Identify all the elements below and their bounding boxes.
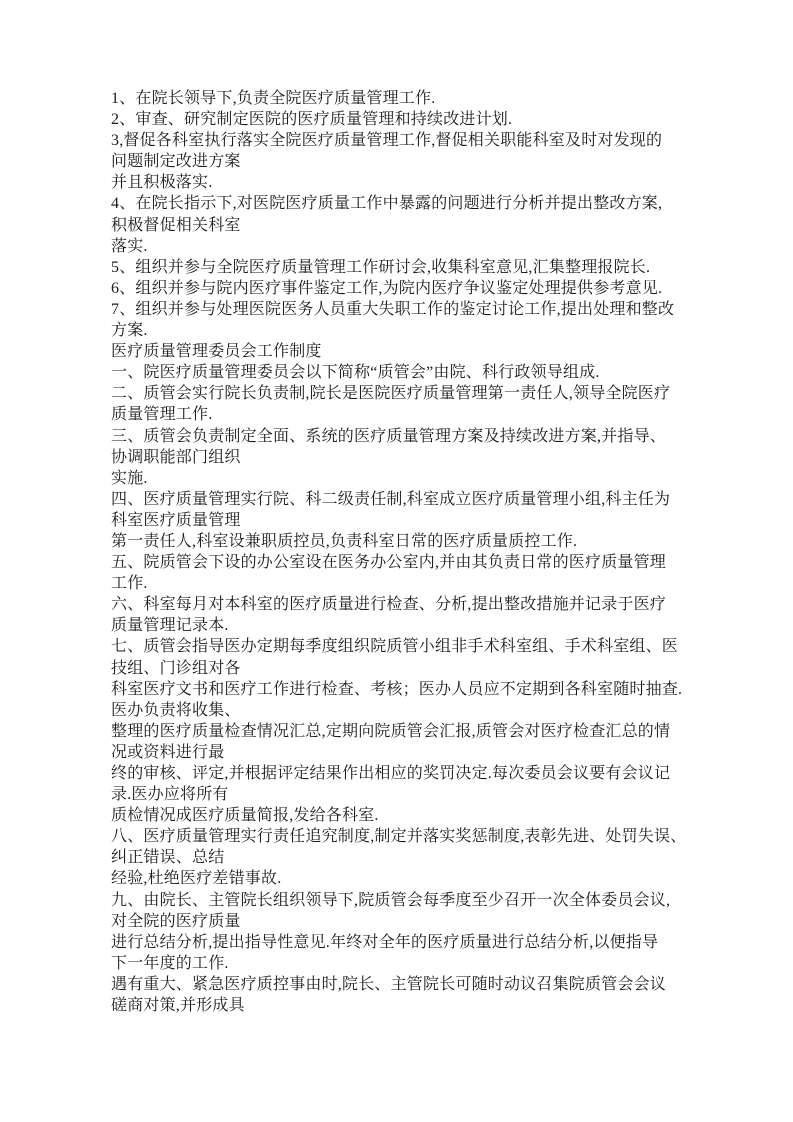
document-line: 四、医疗质量管理实行院、科二级责任制,科室成立医疗质量管理小组,科主任为 (111, 489, 697, 510)
document-line: 医疗质量管理委员会工作制度 (111, 341, 697, 362)
document-line: 八、医疗质量管理实行责任追究制度,制定并落实奖惩制度,表彰先进、处罚失误、 (111, 826, 697, 847)
document-line: 1、在院长领导下,负责全院医疗质量管理工作. (111, 88, 697, 109)
document-line: 况或资料进行最 (111, 742, 697, 763)
document-line: 协调职能部门组织 (111, 447, 697, 468)
document-body: 1、在院长领导下,负责全院医疗质量管理工作.2、审查、研究制定医院的医疗质量管理… (111, 88, 697, 1016)
document-page: 1、在院长领导下,负责全院医疗质量管理工作.2、审查、研究制定医院的医疗质量管理… (0, 0, 793, 1122)
document-line: 五、院质管会下设的办公室设在医务办公室内,并由其负责日常的医疗质量管理 (111, 552, 697, 573)
document-line: 二、质管会实行院长负责制,院长是医院医疗质量管理第一责任人,领导全院医疗 (111, 383, 697, 404)
document-line: 落实. (111, 236, 697, 257)
document-line: 经验,杜绝医疗差错事故. (111, 868, 697, 889)
document-line: 遇有重大、紧急医疗质控事由时,院长、主管院长可随时动议召集院质管会会议 (111, 974, 697, 995)
document-line: 一、院医疗质量管理委员会以下简称“质管会”由院、科行政领导组成. (111, 362, 697, 383)
document-line: 科室医疗质量管理 (111, 510, 697, 531)
document-line: 质检情况成医疗质量简报,发给各科室. (111, 805, 697, 826)
document-line: 三、质管会负责制定全面、系统的医疗质量管理方案及持续改进方案,并指导、 (111, 426, 697, 447)
document-line: 七、质管会指导医办定期每季度组织院质管小组非手术科室组、手术科室组、医 (111, 636, 697, 657)
document-line: 纠正错误、总结 (111, 847, 697, 868)
document-line: 整理的医疗质量检查情况汇总,定期向院质管会汇报,质管会对医疗检查汇总的情 (111, 721, 697, 742)
document-line: 3,督促各科室执行落实全院医疗质量管理工作,督促相关职能科室及时对发现的 (111, 130, 697, 151)
document-line: 实施. (111, 468, 697, 489)
document-line: 磋商对策,并形成具 (111, 995, 697, 1016)
document-line: 进行总结分析,提出指导性意见.年终对全年的医疗质量进行总结分析,以便指导 (111, 932, 697, 953)
document-line: 技组、门诊组对各 (111, 658, 697, 679)
document-line: 问题制定改进方案 (111, 151, 697, 172)
document-line: 第一责任人,科室设兼职质控员,负责科室日常的医疗质量质控工作. (111, 531, 697, 552)
document-line: 下一年度的工作. (111, 953, 697, 974)
document-line: 工作. (111, 573, 697, 594)
document-line: 质量管理记录本. (111, 615, 697, 636)
document-line: 积极督促相关科室 (111, 215, 697, 236)
document-line: 录.医办应将所有 (111, 784, 697, 805)
document-line: 方案. (111, 320, 697, 341)
document-line: 质量管理工作. (111, 404, 697, 425)
document-line: 终的审核、评定,并根据评定结果作出相应的奖罚决定.每次委员会议要有会议记 (111, 763, 697, 784)
document-line: 4、在院长指示下,对医院医疗质量工作中暴露的问题进行分析并提出整改方案, (111, 193, 697, 214)
document-line: 7、组织并参与处理医院医务人员重大失职工作的鉴定讨论工作,提出处理和整改 (111, 299, 697, 320)
document-line: 六、科室每月对本科室的医疗质量进行检查、分析,提出整改措施并记录于医疗 (111, 594, 697, 615)
document-line: 九、由院长、主管院长组织领导下,院质管会每季度至少召开一次全体委员会议, (111, 890, 697, 911)
document-line: 医办负责将收集、 (111, 700, 697, 721)
document-line: 并且积极落实. (111, 172, 697, 193)
document-line: 6、组织并参与院内医疗事件鉴定工作,为院内医疗争议鉴定处理提供参考意见. (111, 278, 697, 299)
document-line: 2、审查、研究制定医院的医疗质量管理和持续改进计划. (111, 109, 697, 130)
document-line: 科室医疗文书和医疗工作进行检查、考核；医办人员应不定期到各科室随时抽查. (111, 679, 697, 700)
document-line: 对全院的医疗质量 (111, 911, 697, 932)
document-line: 5、组织并参与全院医疗质量管理工作研讨会,收集科室意见,汇集整理报院长. (111, 257, 697, 278)
